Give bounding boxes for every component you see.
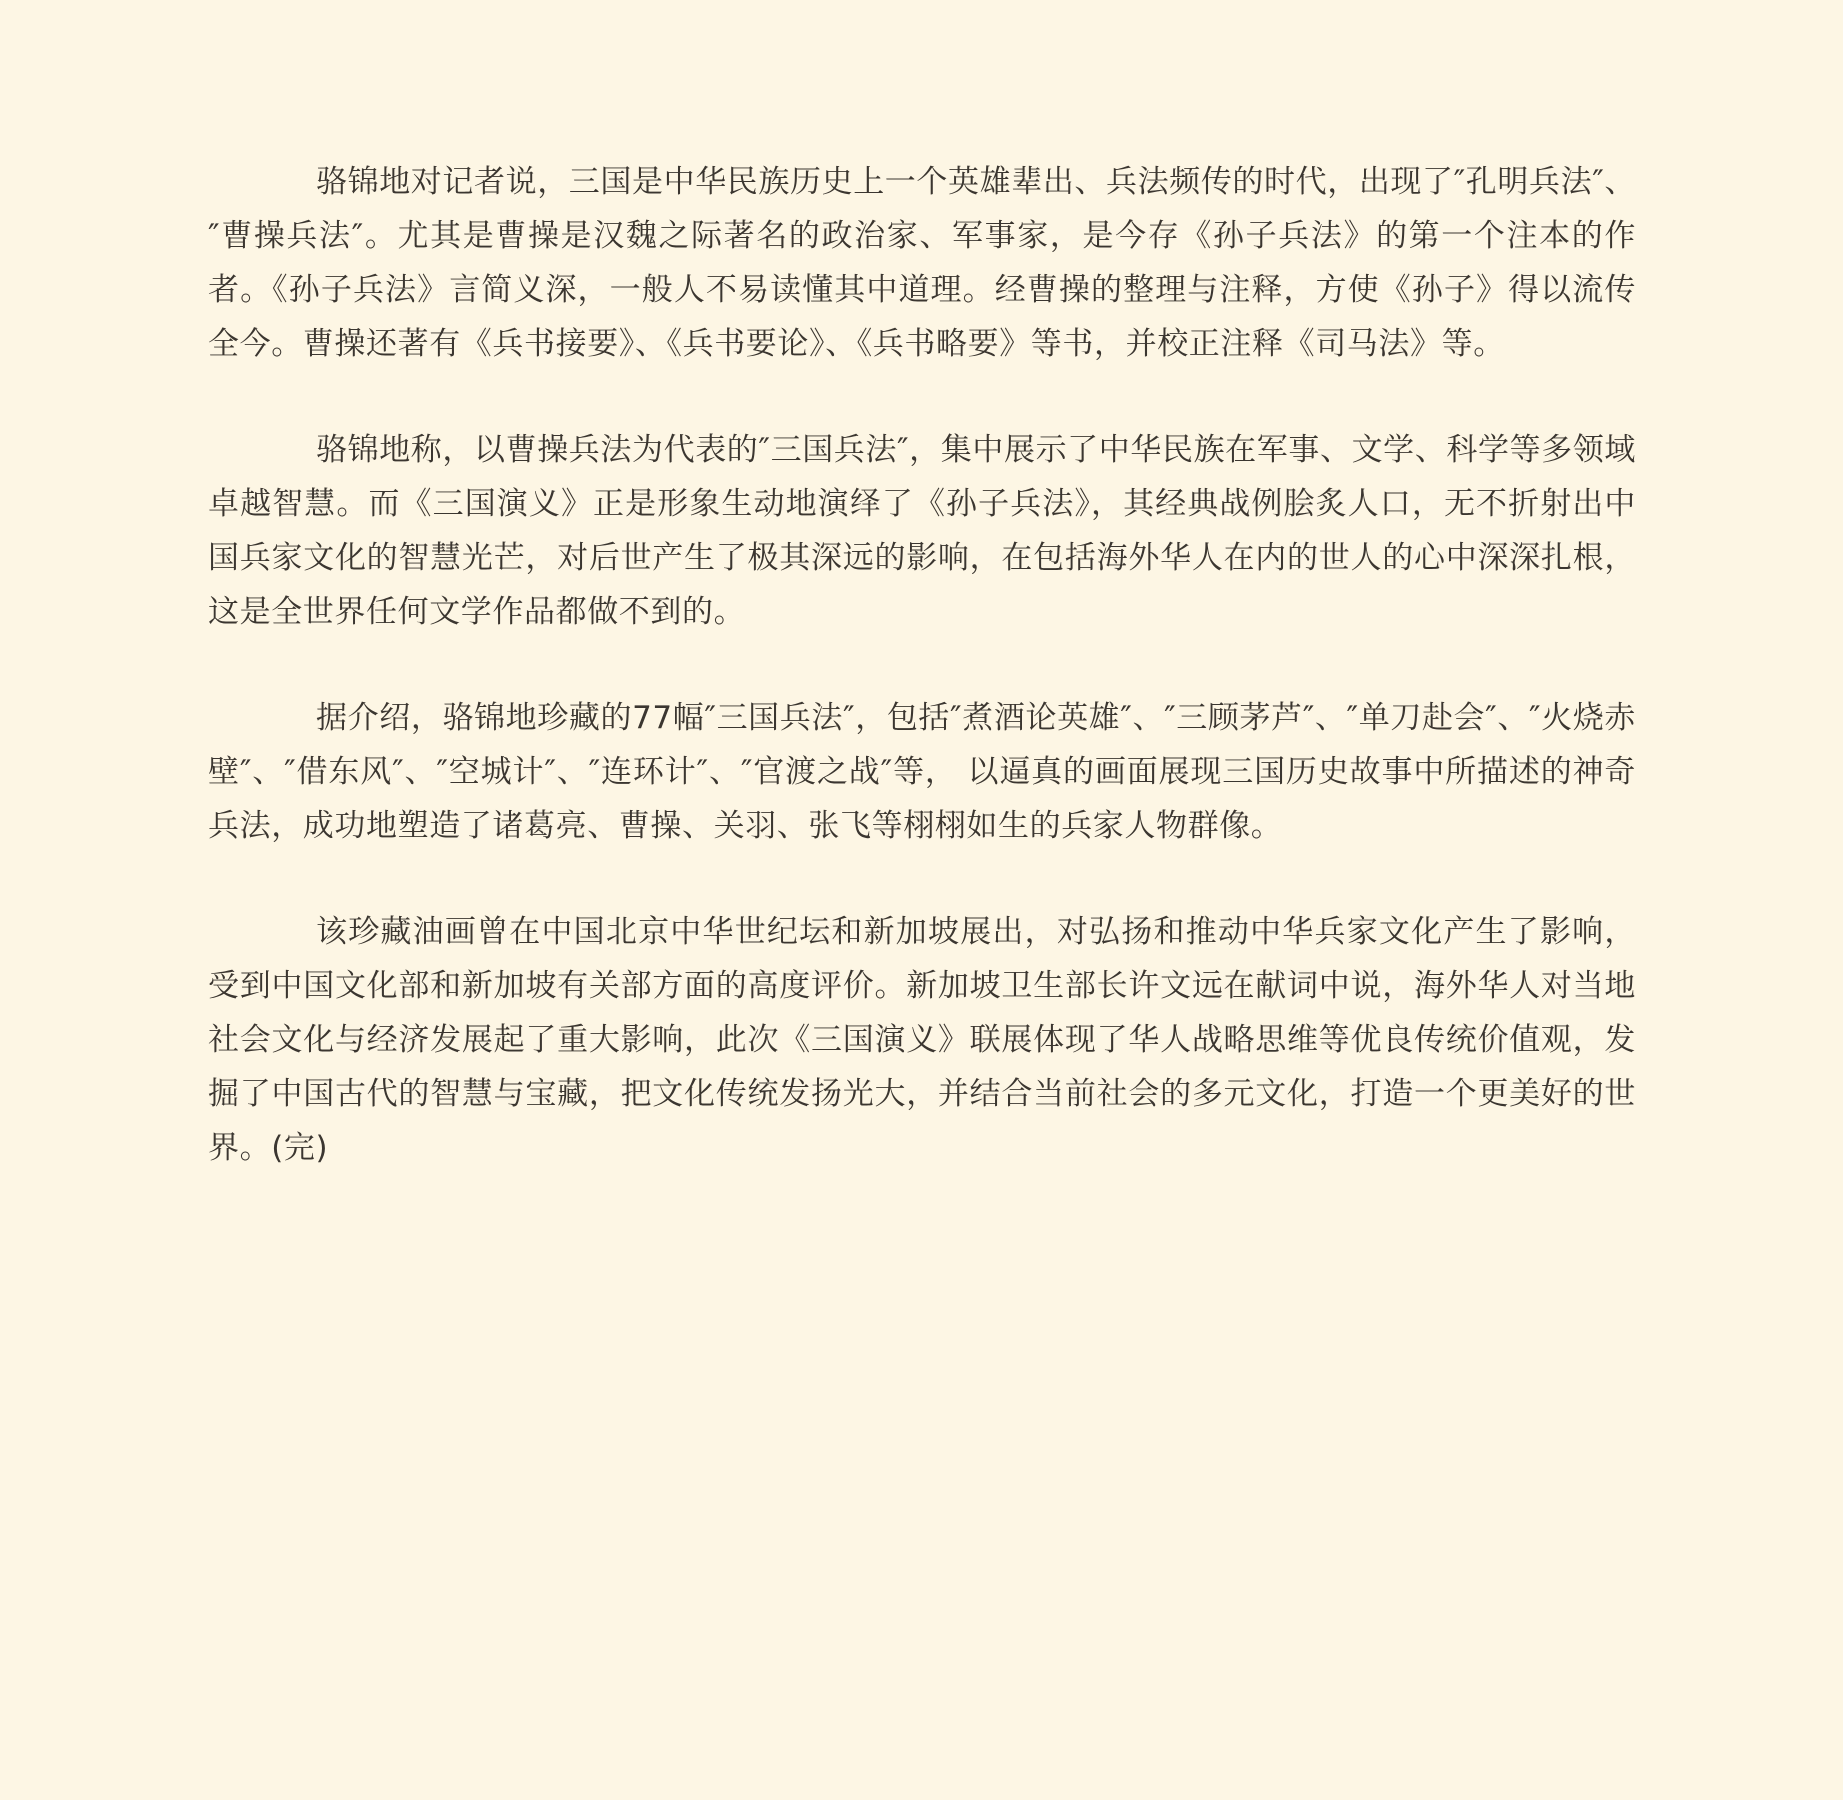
paragraph-2: 骆锦地称，以曹操兵法为代表的″三国兵法″，集中展示了中华民族在军事、文学、科学等…: [208, 423, 1636, 639]
paragraph-1: 骆锦地对记者说，三国是中华民族历史上一个英雄辈出、兵法频传的时代，出现了″孔明兵…: [208, 155, 1636, 371]
article-body: 骆锦地对记者说，三国是中华民族历史上一个英雄辈出、兵法频传的时代，出现了″孔明兵…: [208, 155, 1636, 1227]
paragraph-4: 该珍藏油画曾在中国北京中华世纪坛和新加坡展出，对弘扬和推动中华兵家文化产生了影响…: [208, 905, 1636, 1175]
paragraph-3: 据介绍，骆锦地珍藏的77幅″三国兵法″，包括″煮酒论英雄″、″三顾茅芦″、″单刀…: [208, 691, 1636, 853]
